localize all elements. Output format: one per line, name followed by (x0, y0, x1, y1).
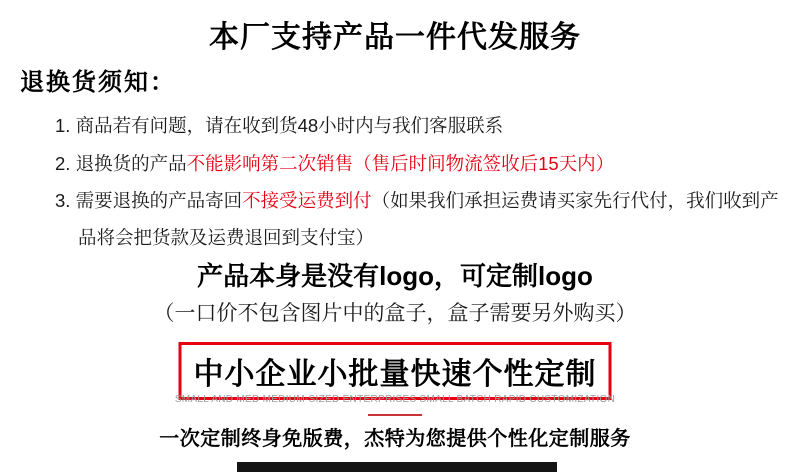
return-rule-1: 1. 商品若有问题，请在收到货48小时内与我们客服联系 (55, 112, 503, 138)
return-rule-2: 2. 退换货的产品不能影响第二次销售（售后时间物流签收后15天内） (55, 150, 614, 176)
red-divider-line (368, 414, 422, 416)
return-rule-3-highlight: 不接受运费到付 (242, 190, 372, 211)
customization-banner-box: 中小企业小批量快速个性定制 (179, 342, 612, 400)
next-section-banner-cutoff (237, 462, 557, 472)
footer-slogan: 一次定制终身免版费，杰特为您提供个性化定制服务 (0, 422, 790, 451)
return-rule-2-highlight: 不能影响第二次销售（售后时间物流签收后15天内） (187, 153, 615, 174)
customization-subtitle-english: SMALL AND MED MEDIUM-SIZED ENTERPRISES S… (0, 394, 790, 405)
return-rule-3-suffix: （如果我们承担运费请买家先行代付，我们收到产 (372, 190, 779, 211)
logo-statement: 产品本身是没有logo，可定制logo (0, 256, 790, 293)
returns-notice-heading: 退换货须知： (20, 62, 176, 97)
box-purchase-note: （一口价不包含图片中的盒子，盒子需要另外购买） (0, 297, 790, 327)
customization-banner-text: 中小企业小批量快速个性定制 (194, 358, 597, 391)
return-rule-2-prefix: 2. 退换货的产品 (55, 153, 187, 174)
page-title: 本厂支持产品一件代发服务 (0, 12, 790, 56)
return-rule-3-line2-text: 品将会把货款及运费退回到支付宝） (78, 227, 374, 248)
return-rule-3-prefix: 3. 需要退换的产品寄回 (55, 190, 242, 211)
return-rule-3-line1: 3. 需要退换的产品寄回不接受运费到付（如果我们承担运费请买家先行代付，我们收到… (55, 187, 779, 213)
return-rule-3-line2: 品将会把货款及运费退回到支付宝） (78, 224, 374, 250)
return-rule-1-text: 1. 商品若有问题，请在收到货48小时内与我们客服联系 (55, 115, 503, 136)
product-notice-page: 本厂支持产品一件代发服务 退换货须知： 1. 商品若有问题，请在收到货48小时内… (0, 0, 790, 472)
